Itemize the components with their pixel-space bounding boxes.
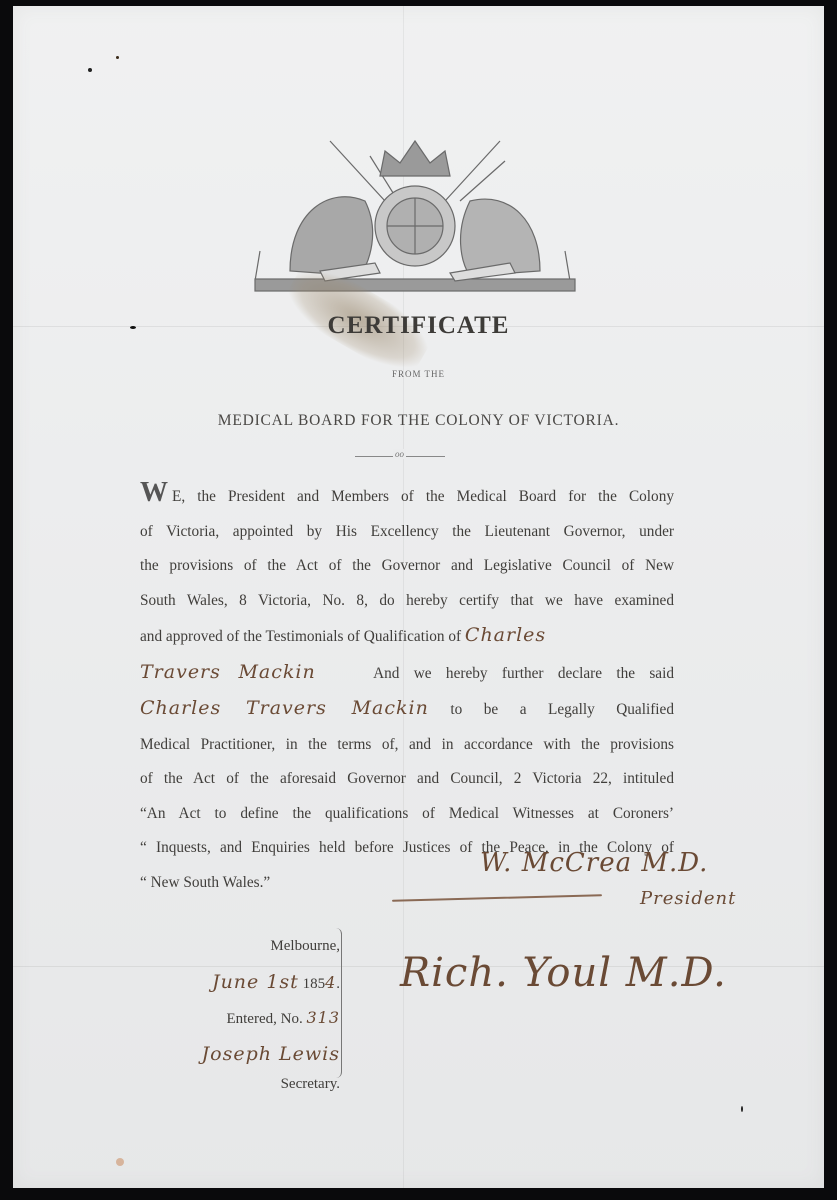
body-line: and approved of the Testimonials of Qual… xyxy=(140,618,674,655)
body-line: WE, the President and Members of the Med… xyxy=(140,476,674,515)
body-line: of Victoria, appointed by His Excellency… xyxy=(140,515,674,550)
body-line: the provisions of the Act of the Governo… xyxy=(140,549,674,584)
body-line: of the Act of the aforesaid Governor and… xyxy=(140,762,674,797)
text: to be a Legally Qualified xyxy=(450,701,674,718)
body-line: “An Act to define the qualifications of … xyxy=(140,797,674,832)
handwritten-date: June 1st xyxy=(212,971,299,993)
text: and approved of the Testimonials of Qual… xyxy=(140,628,461,645)
ink-spot xyxy=(741,1106,743,1112)
foxing-spot xyxy=(116,1158,124,1166)
body-line: South Wales, 8 Victoria, No. 8, do hereb… xyxy=(140,584,674,619)
secretary-signature-row: Joseph Lewis xyxy=(130,1036,340,1072)
board-name: MEDICAL BOARD FOR THE COLONY OF VICTORIA… xyxy=(0,412,837,430)
certificate-title: CERTIFICATE xyxy=(0,312,837,340)
registration-block: Melbourne, June 1st 1854. Entered, No. 3… xyxy=(130,928,340,1096)
body-line: Medical Practitioner, in the terms of, a… xyxy=(140,728,674,763)
ornament: oo xyxy=(393,449,406,459)
dropcap: W xyxy=(140,477,168,508)
member-signature: Rich. Youl M.D. xyxy=(400,950,727,996)
ink-spot xyxy=(88,68,92,72)
handwritten-name: Charles xyxy=(465,624,546,646)
body-line: Travers Mackin And we hereby further dec… xyxy=(140,655,674,692)
body-line: Charles Travers Mackin to be a Legally Q… xyxy=(140,691,674,728)
ink-spot xyxy=(116,56,119,59)
certificate-body: WE, the President and Members of the Med… xyxy=(140,476,674,900)
date-row: June 1st 1854. xyxy=(130,964,340,1000)
secretary-signature: Joseph Lewis xyxy=(202,1043,340,1065)
from-the-label: FROM THE xyxy=(0,369,837,379)
handwritten-name: Charles Travers Mackin xyxy=(140,697,429,719)
president-signature: W. McCrea M.D. xyxy=(480,848,708,878)
year-printed: 185 xyxy=(303,976,326,992)
brace xyxy=(333,928,342,1078)
president-title: President xyxy=(640,888,736,909)
text: E, the President and Members of the Medi… xyxy=(172,488,674,505)
entered-label: Entered, No. xyxy=(226,1011,302,1027)
entered-row: Entered, No. 313 xyxy=(130,1000,340,1036)
handwritten-name: Travers Mackin xyxy=(140,661,316,683)
secretary-title: Secretary. xyxy=(130,1072,340,1096)
place: Melbourne, xyxy=(130,928,340,964)
text: And we hereby further declare the said xyxy=(373,665,674,682)
